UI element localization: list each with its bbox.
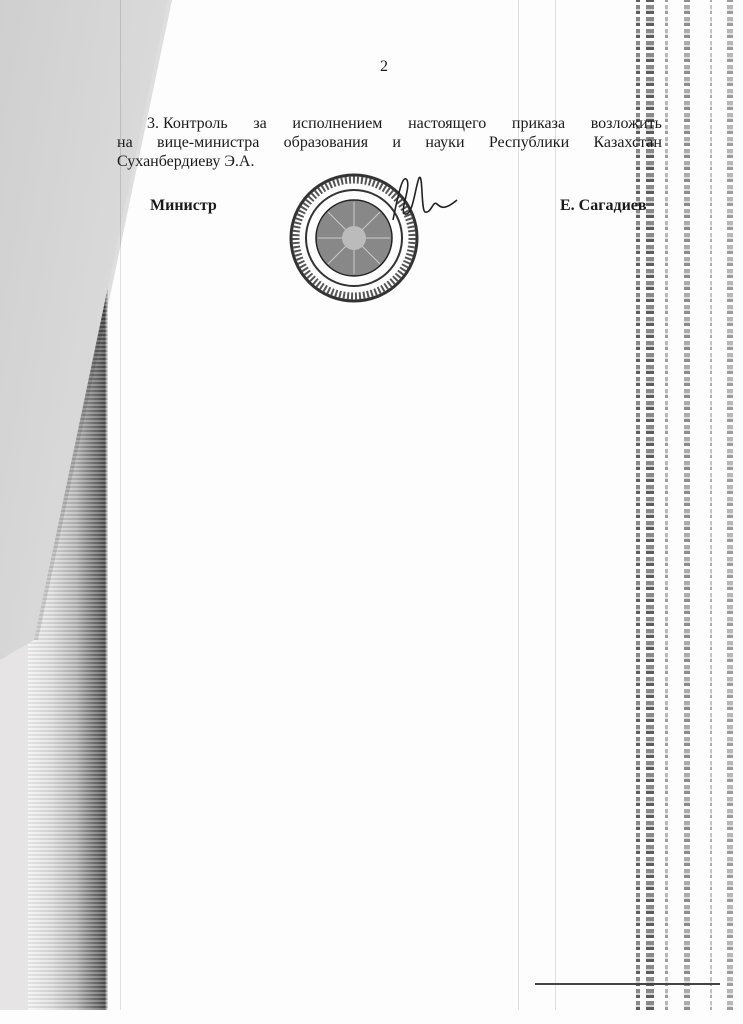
paragraph-3: 3. Контрользаисполнениемнастоящегоприказ… [117,114,662,171]
scan-noise [710,0,712,1010]
word: Казахстан [593,133,661,152]
word: образования [284,133,368,152]
word: 3. Контроль [147,114,228,133]
word: на [117,133,133,152]
scanned-page: 2 3. Контрользаисполнениемнастоящегоприк… [0,0,743,1024]
word: и [392,133,401,152]
page-number: 2 [380,58,388,76]
signatory-title: Министр [150,197,217,215]
word: вице-министра [157,133,259,152]
divider-line [535,983,720,985]
word: возложить [591,114,662,133]
word: настоящего [408,114,486,133]
signatory-name: Е. Сагадиев [560,197,647,215]
word: приказа [512,114,565,133]
scan-noise [665,0,668,1010]
paragraph-line: Суханбердиеву Э.А. [117,152,662,171]
scan-noise [727,0,733,1010]
word: науки [425,133,464,152]
paragraph-line: навице-министраобразованияинаукиРеспубли… [117,133,662,152]
paragraph-line: 3. Контрользаисполнениемнастоящегоприказ… [117,114,662,133]
word: исполнением [292,114,382,133]
word: Республики [489,133,569,152]
handwritten-signature-icon [385,170,460,225]
scan-noise [684,0,690,1010]
word: за [253,114,266,133]
